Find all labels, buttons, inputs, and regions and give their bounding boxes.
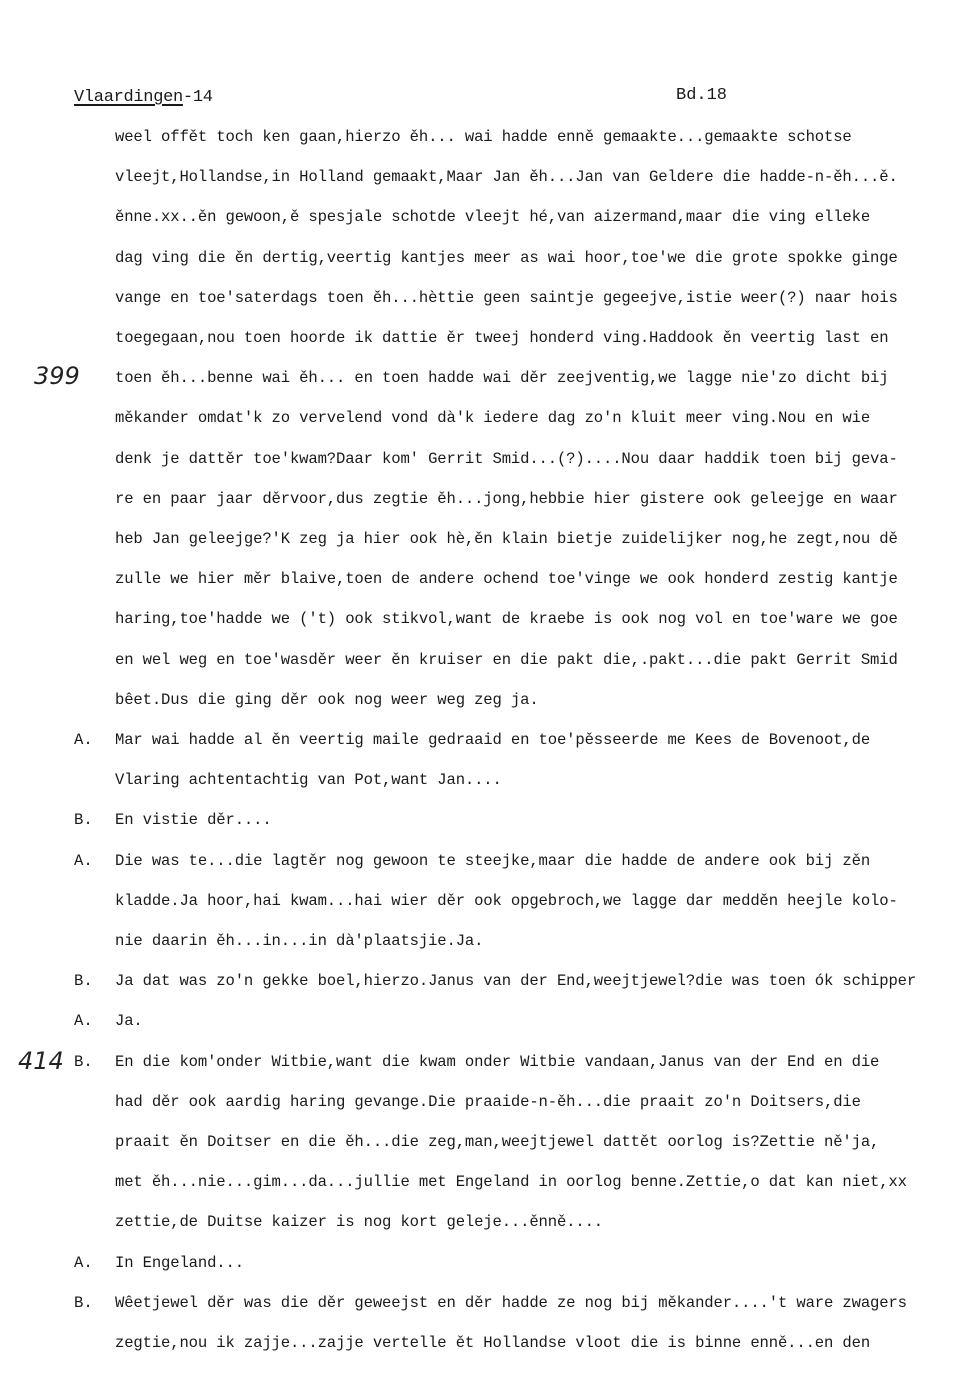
transcript-line: Ja. — [115, 1012, 143, 1030]
transcript-line: haring,toe'hadde we ('t) ook stikvol,wan… — [115, 610, 898, 628]
transcript-line: zegtie,nou ik zajje...zajje vertelle ět … — [115, 1334, 870, 1352]
transcript-line: vange en toe'saterdags toen ěh...hèttie … — [115, 289, 898, 307]
transcript-line: zulle we hier měr blaive,toen de andere … — [115, 570, 898, 588]
transcript-line: bêet.Dus die ging děr ook nog weer weg z… — [115, 691, 539, 709]
transcript-line: zettie,de Duitse kaizer is nog kort gele… — [115, 1213, 603, 1231]
speaker-label: B. — [74, 972, 93, 990]
transcript-page: Vlaardingen-14 Bd.18 399 414 weel offět … — [0, 0, 973, 1381]
transcript-line: denk je dattěr toe'kwam?Daar kom' Gerrit… — [115, 450, 898, 468]
place-suffix: -14 — [183, 88, 213, 107]
transcript-line: měkander omdat'k zo vervelend vond dà'k … — [115, 409, 870, 427]
speaker-label: A. — [74, 1012, 93, 1030]
transcript-line: ěnne.xx..ěn gewoon,ě spesjale schotde vl… — [115, 208, 870, 226]
transcript-line: vleejt,Hollandse,in Holland gemaakt,Maar… — [115, 168, 898, 186]
transcript-line: Ja dat was zo'n gekke boel,hierzo.Janus … — [115, 972, 916, 990]
transcript-line: re en paar jaar děrvoor,dus zegtie ěh...… — [115, 490, 898, 508]
transcript-line: In Engeland... — [115, 1254, 244, 1272]
transcript-line: En die kom'onder Witbie,want die kwam on… — [115, 1053, 879, 1071]
transcript-line: en wel weg en toe'wasděr weer ěn kruiser… — [115, 651, 898, 669]
transcript-line: Vlaring achtentachtig van Pot,want Jan..… — [115, 771, 502, 789]
speaker-label: B. — [74, 811, 93, 829]
transcript-line: kladde.Ja hoor,hai kwam...hai wier děr o… — [115, 892, 898, 910]
margin-note-399: 399 — [34, 362, 80, 390]
transcript-line: had děr ook aardig haring gevange.Die pr… — [115, 1093, 861, 1111]
transcript-line: toen ěh...benne wai ěh... en toen hadde … — [115, 369, 888, 387]
tape-number: Bd.18 — [676, 86, 727, 105]
page-header-place: Vlaardingen-14 — [74, 88, 213, 107]
transcript-line: nie daarin ěh...in...in dà'plaatsjie.Ja. — [115, 932, 483, 950]
speaker-label: A. — [74, 852, 93, 870]
speaker-label: B. — [74, 1294, 93, 1312]
transcript-line: Die was te...die lagtěr nog gewoon te st… — [115, 852, 870, 870]
speaker-label: A. — [74, 731, 93, 749]
place-name: Vlaardingen — [74, 88, 183, 107]
transcript-line: heb Jan geleejge?'K zeg ja hier ook hè,ě… — [115, 530, 898, 548]
speaker-label: B. — [74, 1053, 93, 1071]
transcript-line: praait ěn Doitser en die ěh...die zeg,ma… — [115, 1133, 879, 1151]
transcript-line: En vistie děr.... — [115, 811, 272, 829]
speaker-label: A. — [74, 1254, 93, 1272]
transcript-line: Mar wai hadde al ěn veertig maile gedraa… — [115, 731, 870, 749]
transcript-line: Wêetjewel děr was die děr geweejst en dě… — [115, 1294, 907, 1312]
transcript-line: met ěh...nie...gim...da...jullie met Eng… — [115, 1173, 907, 1191]
transcript-line: weel offět toch ken gaan,hierzo ěh... wa… — [115, 128, 852, 146]
margin-note-414: 414 — [18, 1047, 64, 1075]
transcript-line: dag ving die ěn dertig,veertig kantjes m… — [115, 249, 898, 267]
transcript-line: toegegaan,nou toen hoorde ik dattie ěr t… — [115, 329, 888, 347]
